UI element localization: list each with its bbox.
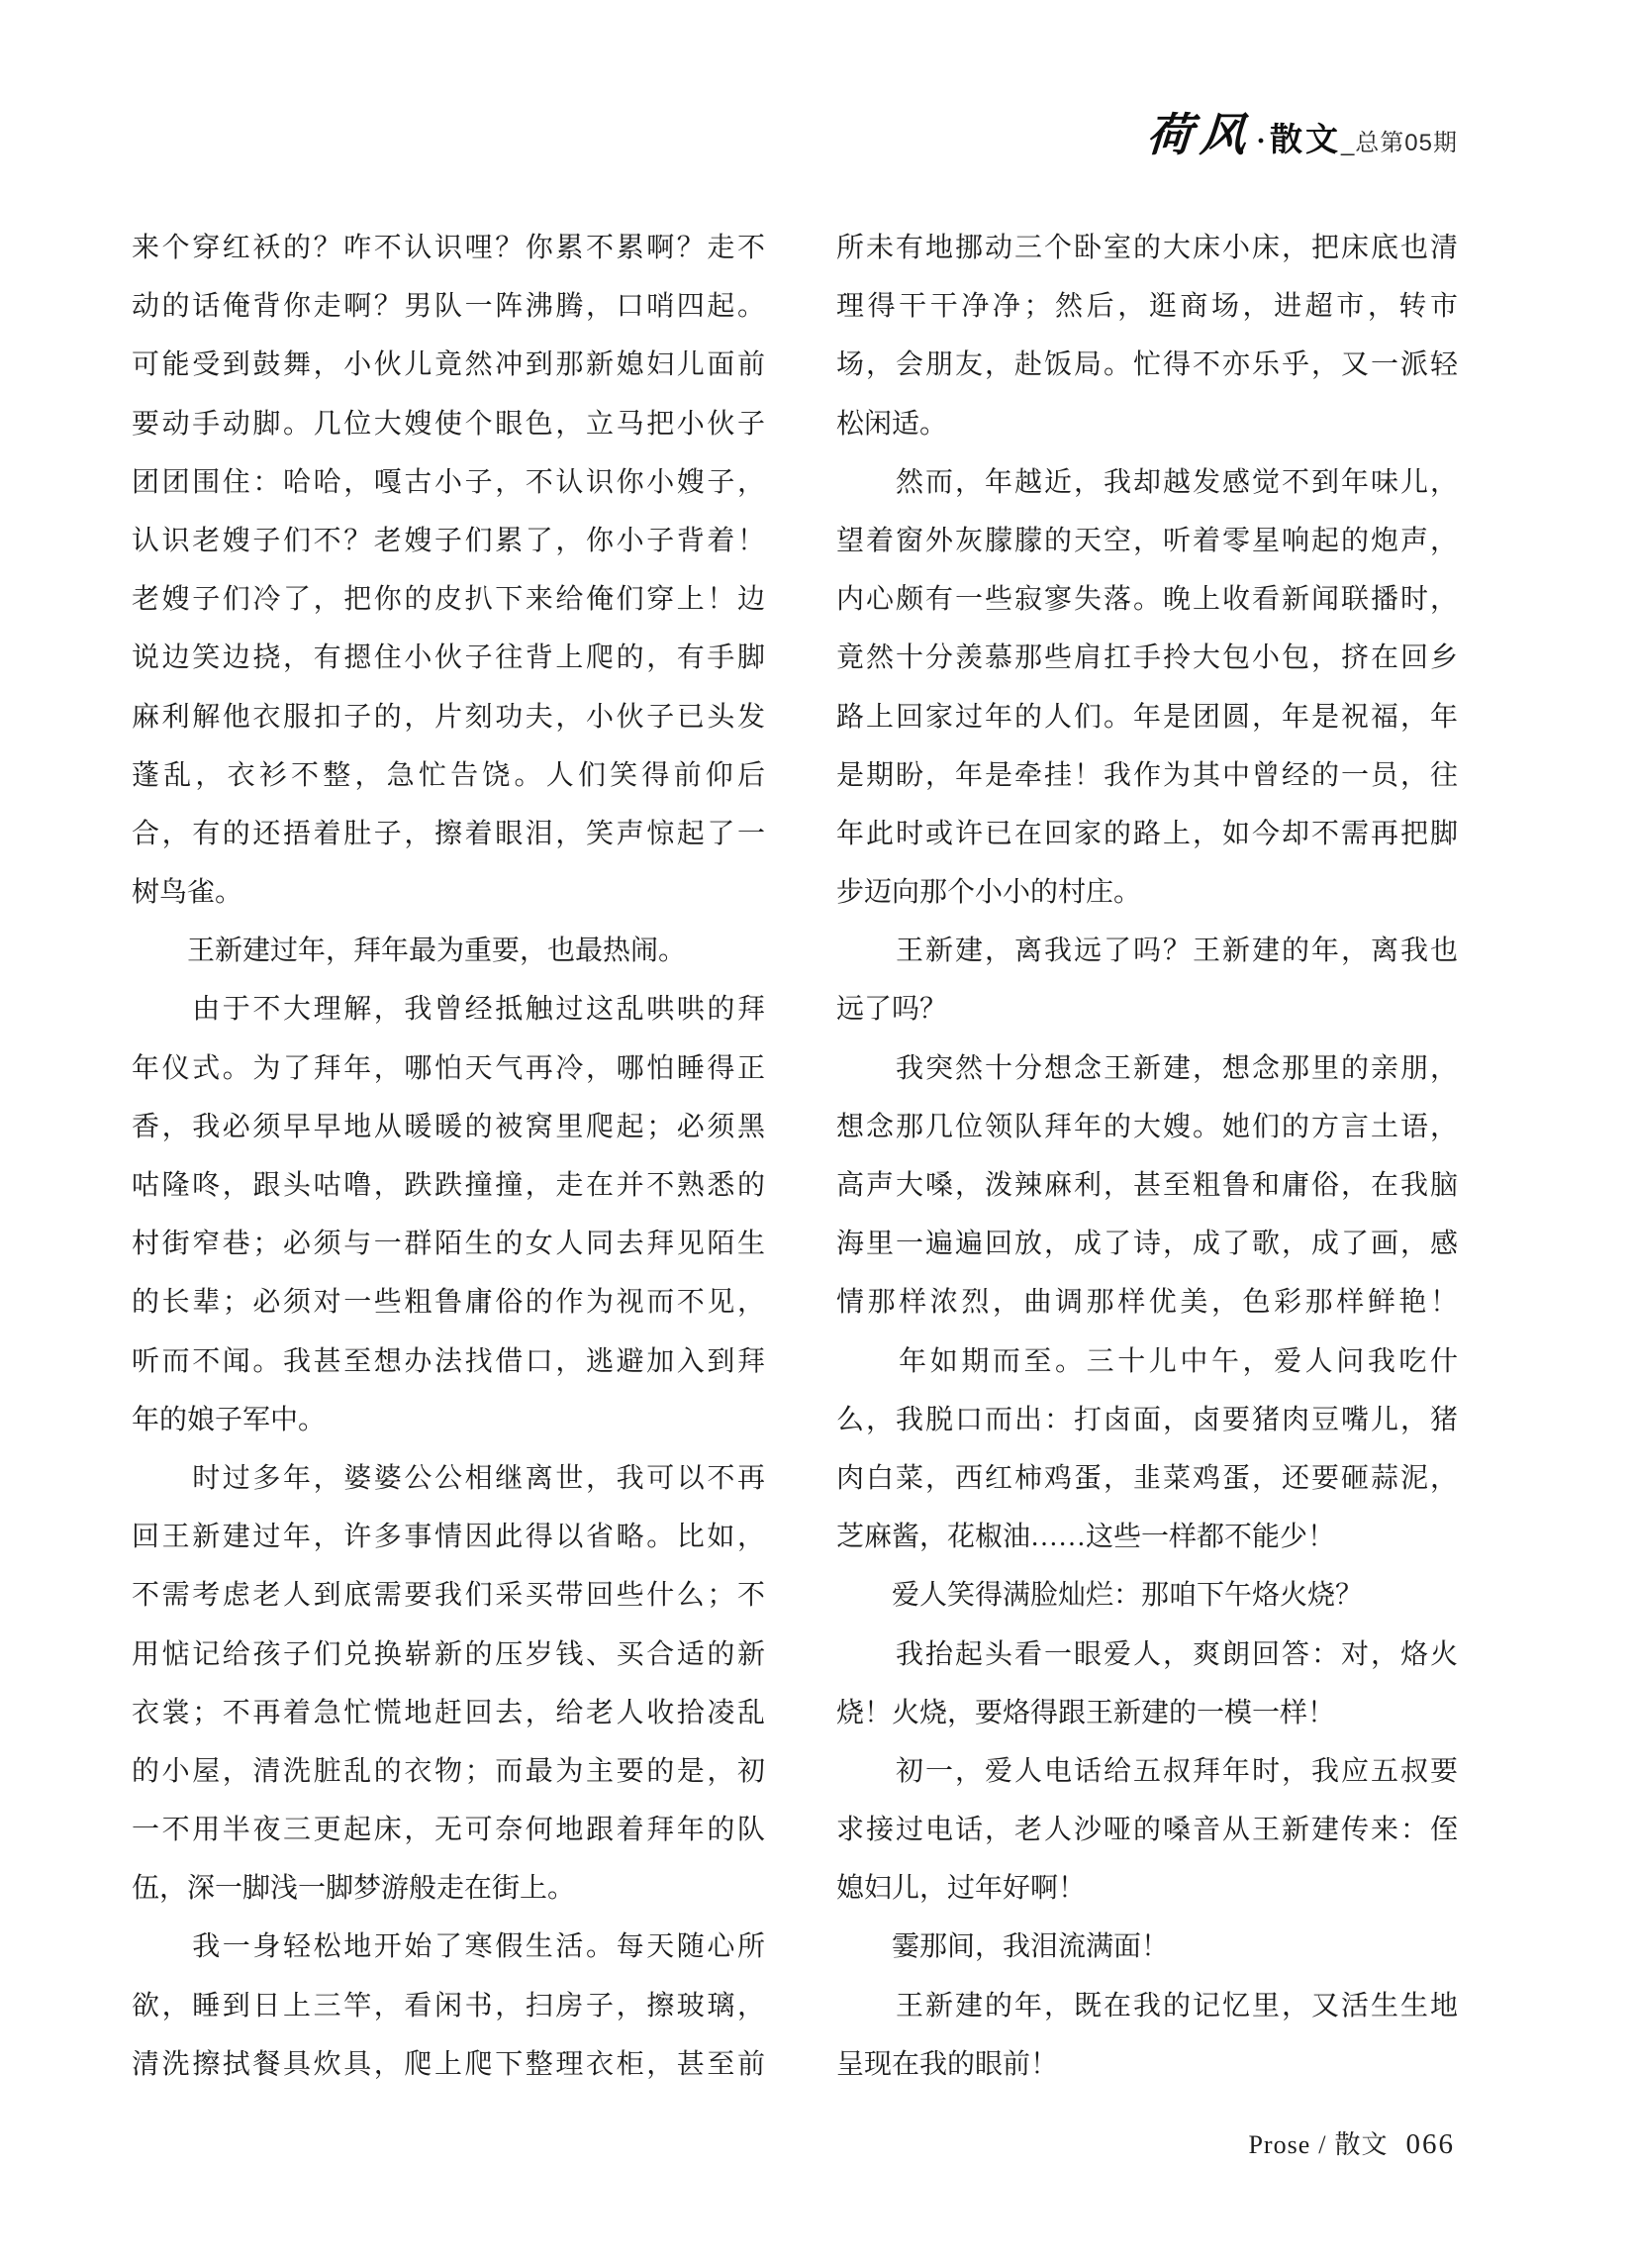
footer-label-en: Prose: [1248, 2130, 1310, 2160]
text-line: 咕隆咚，跟头咕噜，跌跌撞撞，走在并不熟悉的: [132, 1156, 765, 1215]
page-header: 荷风 · 散文 _总第05期: [1147, 99, 1458, 164]
text-line: 用惦记给孩子们兑换崭新的压岁钱、买合适的新: [132, 1626, 765, 1684]
page-footer: Prose / 散文 066: [1248, 2124, 1455, 2161]
text-line: 由于不大理解，我曾经抵触过这乱哄哄的拜: [132, 980, 765, 1038]
text-line: 认识老嫂子们不？老嫂子们累了，你小子背着！: [132, 512, 765, 570]
text-line: 我一身轻松地开始了寒假生活。每天随心所: [132, 1918, 765, 1976]
text-line: 王新建的年，既在我的记忆里，又活生生地: [836, 1977, 1458, 2035]
text-line: 松闲适。: [836, 395, 1458, 453]
header-dot-separator: ·: [1256, 125, 1266, 158]
page-number: 066: [1406, 2128, 1456, 2161]
text-line: 一不用半夜三更起床，无可奈何地跟着拜年的队: [132, 1801, 765, 1859]
text-line: 村街窄巷；必须与一群陌生的女人同去拜见陌生: [132, 1215, 765, 1273]
magazine-logo-script: 荷风: [1145, 99, 1257, 164]
text-line: 海里一遍遍回放，成了诗，成了歌，成了画，感: [836, 1215, 1458, 1273]
text-line: 要动手动脚。几位大嫂使个眼色，立马把小伙子: [132, 395, 765, 453]
text-line: 然而，年越近，我却越发感觉不到年味儿，: [836, 453, 1458, 512]
text-line: 的小屋，清洗脏乱的衣物；而最为主要的是，初: [132, 1742, 765, 1801]
text-column-right: 所未有地挪动三个卧室的大床小床，把床底也清理得干干净净；然后，逛商场，进超市，转…: [836, 219, 1458, 2094]
text-line: 芝麻酱，花椒油……这些一样都不能少！: [836, 1508, 1458, 1566]
text-line: 我突然十分想念王新建，想念那里的亲朋，: [836, 1039, 1458, 1098]
text-line: 说边笑边挠，有摁住小伙子往背上爬的，有手脚: [132, 629, 765, 687]
text-line: 团团围住：哈哈，嘎古小子，不认识你小嫂子，: [132, 453, 765, 512]
text-line: 路上回家过年的人们。年是团圆，年是祝福，年: [836, 688, 1458, 746]
text-line: 听而不闻。我甚至想办法找借口，逃避加入到拜: [132, 1332, 765, 1391]
text-line: 理得干干净净；然后，逛商场，进超市，转市: [836, 277, 1458, 336]
issue-number: _总第05期: [1341, 123, 1458, 157]
text-line: 的长辈；必须对一些粗鲁庸俗的作为视而不见，: [132, 1273, 765, 1331]
text-line: 媳妇儿，过年好啊！: [836, 1859, 1458, 1918]
text-line: 初一，爱人电话给五叔拜年时，我应五叔要: [836, 1742, 1458, 1801]
text-line: 伍，深一脚浅一脚梦游般走在街上。: [132, 1859, 765, 1918]
text-line: 时过多年，婆婆公公相继离世，我可以不再: [132, 1449, 765, 1508]
text-line: 步迈向那个小小的村庄。: [836, 863, 1458, 922]
text-line: 动的话俺背你走啊？男队一阵沸腾，口哨四起。: [132, 277, 765, 336]
text-line: 内心颇有一些寂寥失落。晚上收看新闻联播时，: [836, 570, 1458, 629]
text-line: 远了吗？: [836, 980, 1458, 1038]
text-line: 欲，睡到日上三竿，看闲书，扫房子，擦玻璃，: [132, 1977, 765, 2035]
text-line: 清洗擦拭餐具炊具，爬上爬下整理衣柜，甚至前: [132, 2035, 765, 2094]
text-line: 可能受到鼓舞，小伙儿竟然冲到那新媳妇儿面前: [132, 336, 765, 394]
text-line: 爱人笑得满脸灿烂：那咱下午烙火烧？: [836, 1566, 1458, 1625]
footer-separator: /: [1318, 2130, 1326, 2160]
text-line: 求接过电话，老人沙哑的嗓音从王新建传来：侄: [836, 1801, 1458, 1859]
text-line: 合，有的还捂着肚子，擦着眼泪，笑声惊起了一: [132, 805, 765, 863]
text-line: 情那样浓烈，曲调那样优美，色彩那样鲜艳！: [836, 1273, 1458, 1331]
text-line: 来个穿红袄的？咋不认识哩？你累不累啊？走不: [132, 219, 765, 277]
text-line: 不需考虑老人到底需要我们采买带回些什么；不: [132, 1566, 765, 1625]
text-line: 年仪式。为了拜年，哪怕天气再冷，哪怕睡得正: [132, 1039, 765, 1098]
text-line: 望着窗外灰朦朦的天空，听着零星响起的炮声，: [836, 512, 1458, 570]
text-line: 树鸟雀。: [132, 863, 765, 922]
text-line: 麻利解他衣服扣子的，片刻功夫，小伙子已头发: [132, 688, 765, 746]
text-line: 我抬起头看一眼爱人，爽朗回答：对，烙火: [836, 1626, 1458, 1684]
magazine-page: 荷风 · 散文 _总第05期 来个穿红袄的？咋不认识哩？你累不累啊？走不动的话俺…: [0, 0, 1634, 2268]
text-line: 肉白菜，西红柿鸡蛋，韭菜鸡蛋，还要砸蒜泥，: [836, 1449, 1458, 1508]
text-line: 是期盼，年是牵挂！我作为其中曾经的一员，往: [836, 746, 1458, 805]
text-line: 王新建，离我远了吗？王新建的年，离我也: [836, 922, 1458, 980]
text-line: 老嫂子们冷了，把你的皮扒下来给俺们穿上！边: [132, 570, 765, 629]
section-title: 散文: [1270, 114, 1341, 160]
footer-label-zh: 散文: [1334, 2124, 1388, 2161]
text-line: 所未有地挪动三个卧室的大床小床，把床底也清: [836, 219, 1458, 277]
text-line: 衣裳；不再着急忙慌地赶回去，给老人收拾凌乱: [132, 1684, 765, 1742]
text-line: 王新建过年，拜年最为重要，也最热闹。: [132, 922, 765, 980]
text-line: 想念那几位领队拜年的大嫂。她们的方言土语，: [836, 1098, 1458, 1156]
text-line: 香，我必须早早地从暖暖的被窝里爬起；必须黑: [132, 1098, 765, 1156]
text-line: 高声大嗓，泼辣麻利，甚至粗鲁和庸俗，在我脑: [836, 1156, 1458, 1215]
text-line: 竟然十分羡慕那些肩扛手拎大包小包，挤在回乡: [836, 629, 1458, 687]
text-line: 年的娘子军中。: [132, 1391, 765, 1449]
text-line: 么，我脱口而出：打卤面，卤要猪肉豆嘴儿，猪: [836, 1391, 1458, 1449]
text-line: 年如期而至。三十儿中午，爱人问我吃什: [836, 1332, 1458, 1391]
text-line: 年此时或许已在回家的路上，如今却不需再把脚: [836, 805, 1458, 863]
text-line: 回王新建过年，许多事情因此得以省略。比如，: [132, 1508, 765, 1566]
text-line: 烧！火烧，要烙得跟王新建的一模一样！: [836, 1684, 1458, 1742]
text-line: 场，会朋友，赴饭局。忙得不亦乐乎，又一派轻: [836, 336, 1458, 394]
text-line: 霎那间，我泪流满面！: [836, 1918, 1458, 1976]
text-column-left: 来个穿红袄的？咋不认识哩？你累不累啊？走不动的话俺背你走啊？男队一阵沸腾，口哨四…: [132, 219, 765, 2094]
text-line: 蓬乱，衣衫不整，急忙告饶。人们笑得前仰后: [132, 746, 765, 805]
text-line: 呈现在我的眼前！: [836, 2035, 1458, 2094]
